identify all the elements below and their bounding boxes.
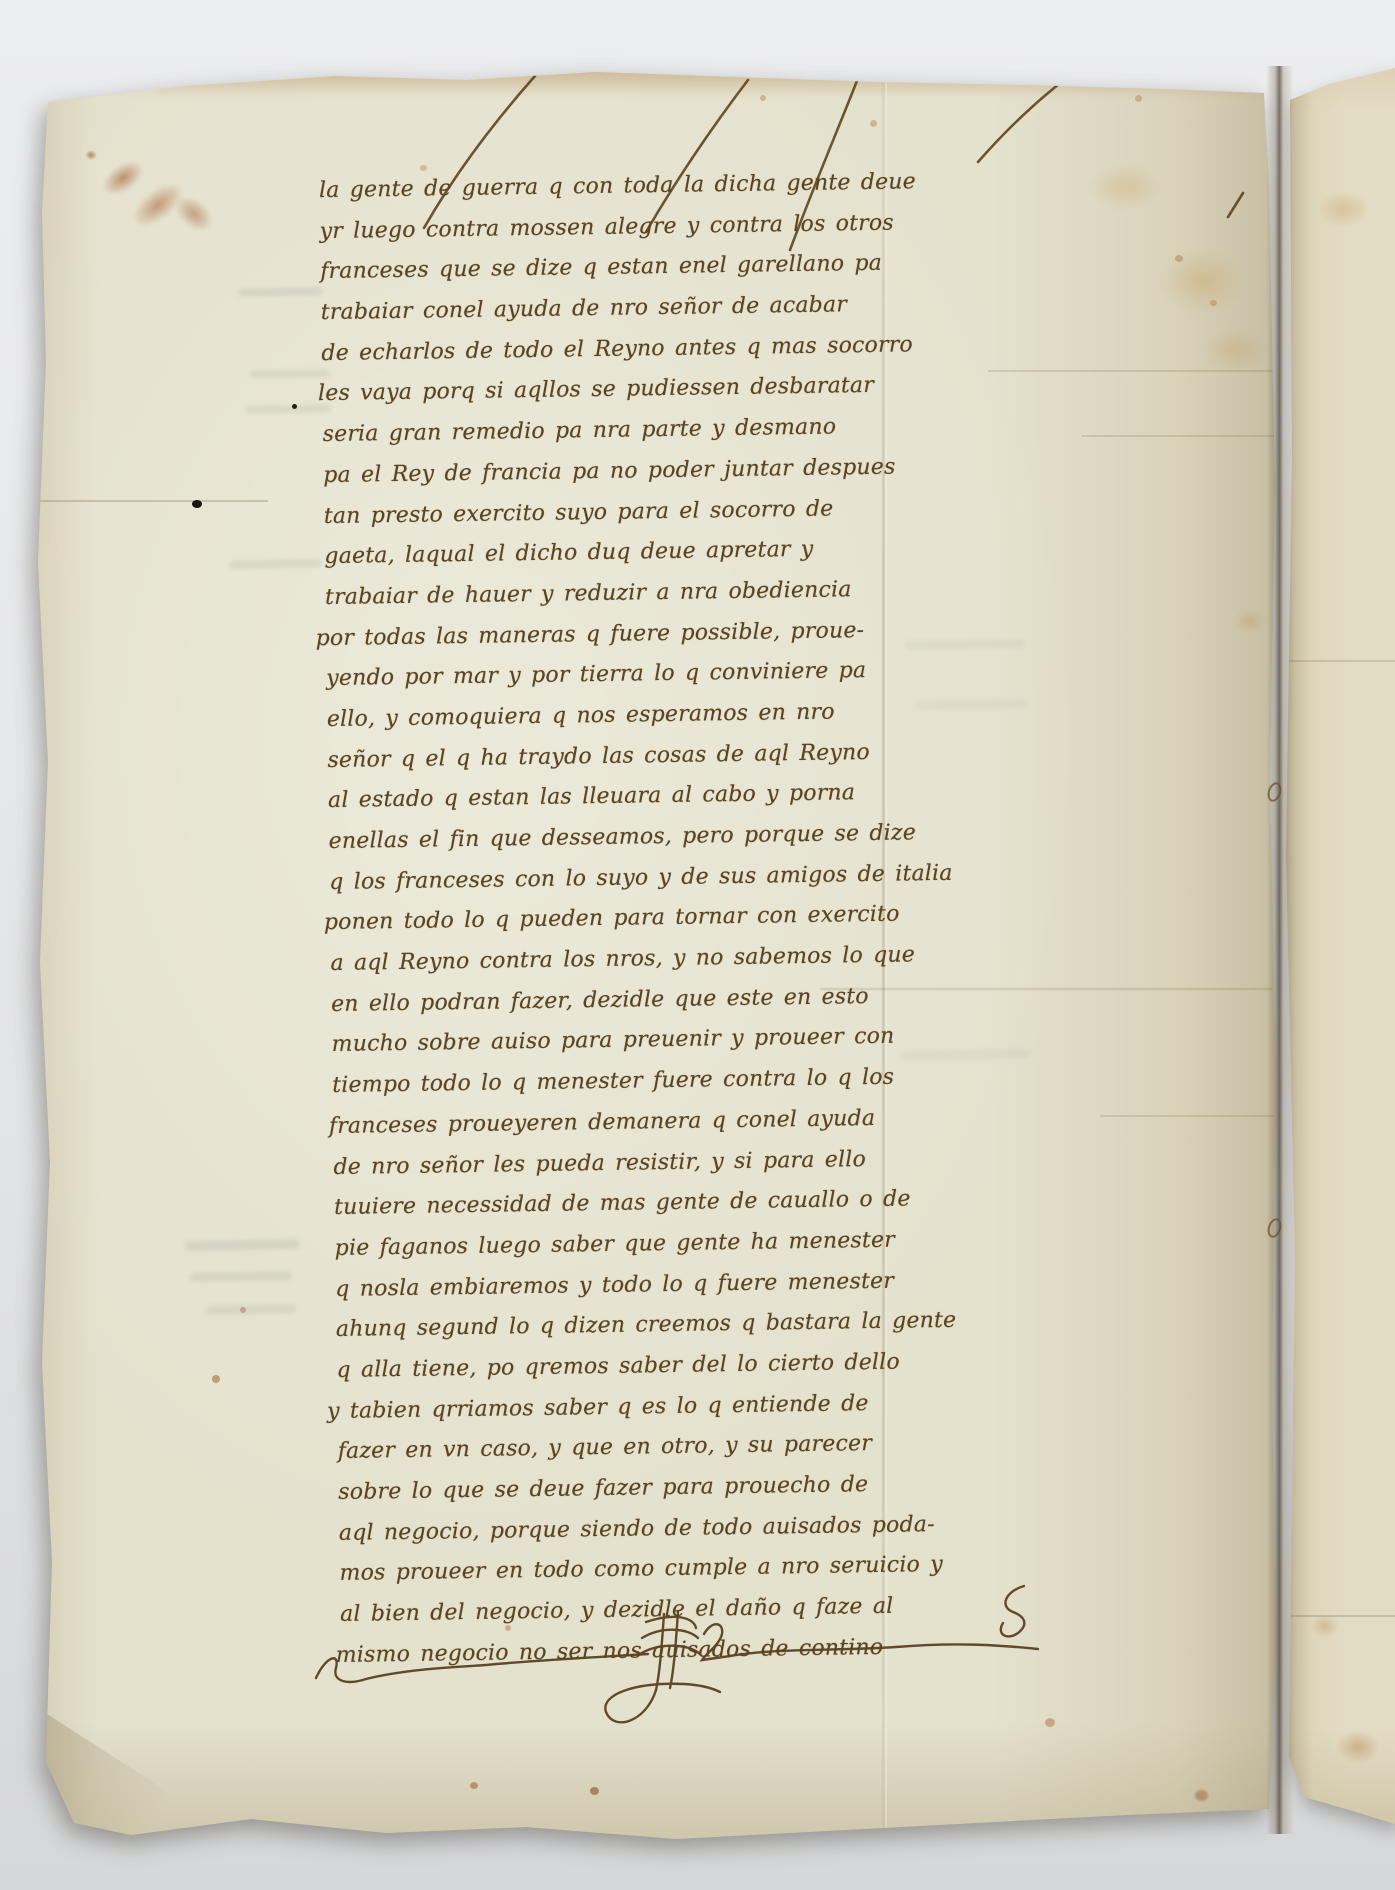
foxing-dot <box>870 120 877 127</box>
crease <box>988 370 1274 372</box>
ghost-text <box>915 699 1027 710</box>
facing-page-edge <box>1284 56 1395 1836</box>
foxing-dot <box>1175 255 1183 262</box>
stain <box>1235 610 1265 632</box>
stain <box>1160 250 1244 312</box>
ink-blot <box>192 500 202 508</box>
manuscript-page-wrap: la gente de guerra q con toda la dicha g… <box>36 62 1276 1847</box>
foxing-dot <box>1210 300 1217 306</box>
foxing-dot <box>420 165 427 171</box>
pen-stroke <box>1228 193 1243 217</box>
crease <box>1100 1115 1274 1117</box>
rust-stain <box>85 150 97 160</box>
stain <box>1310 1614 1340 1638</box>
ghost-text <box>185 1239 300 1251</box>
ghost-text <box>190 1271 292 1282</box>
foxing-dot <box>1045 1718 1055 1727</box>
manuscript-photo: la gente de guerra q con toda la dicha g… <box>0 0 1395 1890</box>
ghost-text <box>900 1049 1030 1060</box>
stain <box>1336 1730 1380 1764</box>
facing-page-wrap <box>1284 56 1395 1836</box>
foxing-dot <box>760 95 766 101</box>
rust-stain <box>125 175 191 236</box>
crease <box>1284 1615 1395 1617</box>
rust-stain <box>97 154 150 202</box>
crease <box>1284 660 1395 662</box>
ghost-text <box>230 559 322 569</box>
ghost-text <box>250 369 330 378</box>
manuscript-page: la gente de guerra q con toda la dicha g… <box>36 62 1276 1847</box>
pen-stroke <box>978 80 1064 162</box>
ghost-text <box>238 287 323 296</box>
crease <box>38 500 268 502</box>
top-edge-browning <box>156 66 1266 96</box>
rust-stain <box>168 189 220 239</box>
foxing-dot <box>1135 95 1142 102</box>
foxing-dot <box>240 1307 246 1313</box>
stain <box>1205 330 1265 370</box>
ghost-text <box>205 1304 297 1315</box>
stain <box>1090 165 1160 209</box>
stain <box>1318 190 1370 228</box>
foxing-dot <box>1195 1790 1208 1801</box>
ink-blot <box>292 404 297 409</box>
foxing-dot <box>470 1782 478 1789</box>
foxing-dot <box>212 1375 220 1383</box>
ghost-text <box>905 639 1025 650</box>
foxing-dot <box>590 1787 599 1795</box>
corner-fold <box>36 1692 246 1842</box>
text-line: mismo negocio no ser nos auisados de con… <box>336 1634 917 1683</box>
crease <box>1082 435 1274 437</box>
text-block: la gente de guerra q con toda la dicha g… <box>319 170 916 1684</box>
